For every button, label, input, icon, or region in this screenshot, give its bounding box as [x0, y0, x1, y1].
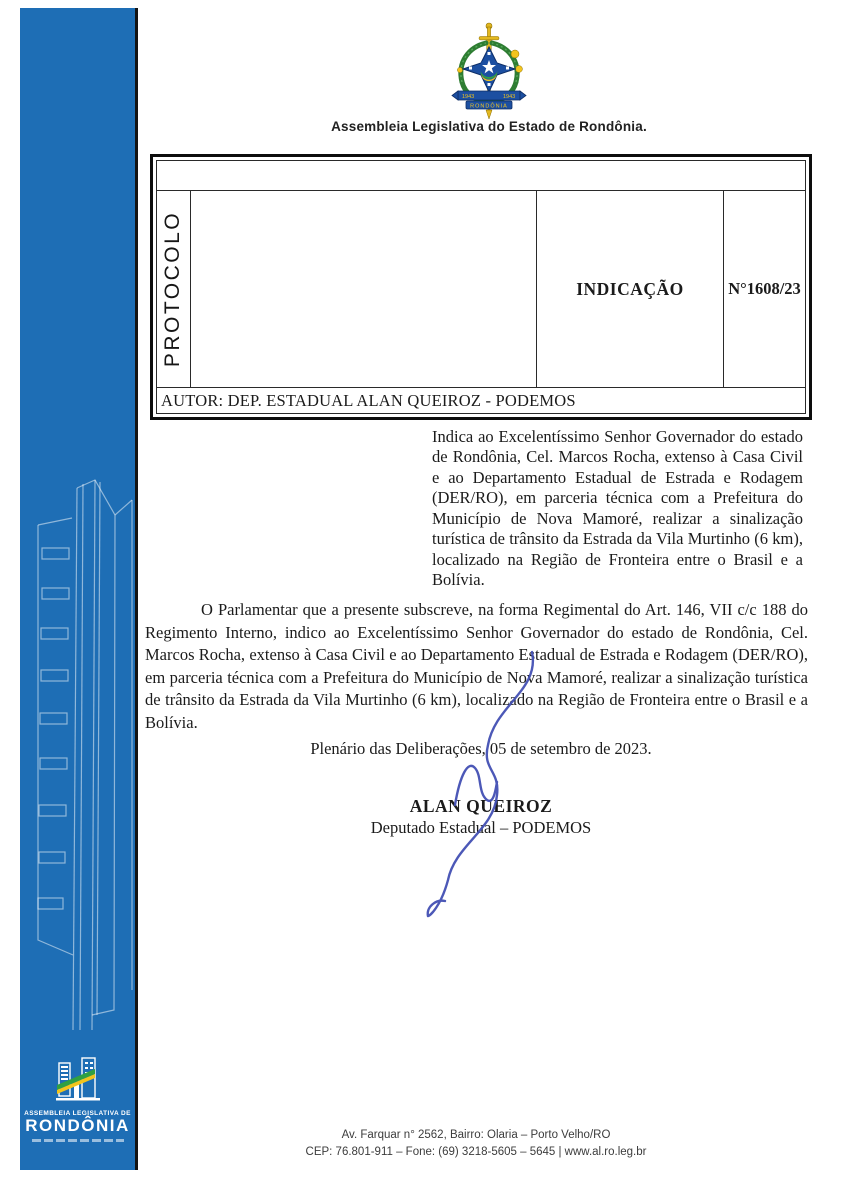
sidebar-logo-name: RONDÔNIA: [20, 1117, 135, 1136]
sidebar-logo-tagline: [32, 1139, 124, 1142]
footer-line2: CEP: 76.801-911 – Fone: (69) 3218-5605 –…: [140, 1144, 812, 1161]
alero-logo: ASSEMBLEIA LEGISLATIVA DE RONDÔNIA: [20, 1054, 135, 1142]
protocolo-cell: PROTOCOLO: [157, 191, 191, 387]
protocolo-label: PROTOCOLO: [162, 211, 186, 367]
summary-paragraph: Indica ao Excelentíssimo Senhor Governad…: [432, 427, 803, 591]
building-sketch: [20, 470, 135, 1060]
crest-year-right: 1943: [503, 94, 515, 100]
doc-type-cell: INDICAÇÃO: [536, 191, 723, 387]
protocol-table-top-band: [157, 161, 805, 191]
signature-stroke: [410, 635, 550, 930]
footer-line1: Av. Farquar n° 2562, Bairro: Olaria – Po…: [140, 1127, 812, 1144]
author-row: AUTOR: DEP. ESTADUAL ALAN QUEIROZ - PODE…: [157, 387, 805, 413]
left-banner: ASSEMBLEIA LEGISLATIVA DE RONDÔNIA: [20, 8, 138, 1170]
rondonia-coat-of-arms-icon: 1943 1943 RONDÔNIA: [446, 22, 532, 122]
crest-year-left: 1943: [462, 94, 474, 100]
doc-number-cell: N°1608/23: [723, 191, 805, 387]
alero-building-icon: [52, 1054, 104, 1106]
protocol-table-main-row: PROTOCOLO INDICAÇÃO N°1608/23: [157, 191, 805, 387]
protocol-table-inner: PROTOCOLO INDICAÇÃO N°1608/23 AUTOR: DEP…: [156, 160, 806, 414]
footer-address: Av. Farquar n° 2562, Bairro: Olaria – Po…: [140, 1127, 812, 1160]
crest-ribbon-name: RONDÔNIA: [470, 103, 508, 110]
protocol-table: PROTOCOLO INDICAÇÃO N°1608/23 AUTOR: DEP…: [150, 154, 812, 420]
institution-title: Assembleia Legislativa do Estado de Rond…: [308, 119, 670, 134]
protocol-empty-cell: [191, 191, 536, 387]
